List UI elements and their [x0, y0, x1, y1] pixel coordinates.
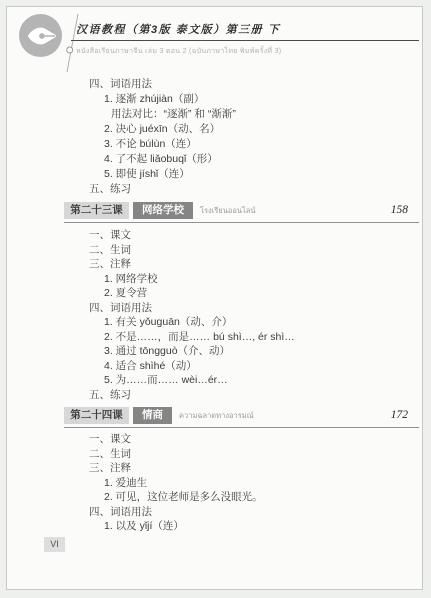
book-title: 汉语教程（第3版 泰文版）第三册 下: [76, 21, 280, 37]
toc-line: 三、注释: [7, 461, 422, 476]
toc-line: 1. 有关 yǒuguān（动、介）: [7, 315, 422, 330]
toc-line: 一、课文: [7, 228, 422, 243]
toc-line: 5. 即使 jíshǐ（连）: [7, 167, 422, 182]
lesson-23-header: 第二十三课 网络学校 โรงเรียนออนไลน์ 158: [64, 202, 419, 223]
book-page: 汉语教程（第3版 泰文版）第三册 下 หนังสือเรียนภาษาจีน เ…: [6, 6, 423, 590]
toc-line: 三、注释: [7, 257, 422, 272]
lesson-23-toc: 一、课文二、生词三、注释1. 网络学校2. 夏令营四、词语用法1. 有关 yǒu…: [7, 228, 422, 402]
publisher-logo: [19, 14, 62, 57]
toc-line: 2. 夏令营: [7, 286, 422, 301]
lesson-title-thai: โรงเรียนออนไลน์: [200, 202, 255, 220]
lesson-title-thai: ความฉลาดทางอารมณ์: [179, 407, 254, 425]
toc-line: 1. 逐渐 zhújiàn（副）: [7, 92, 422, 107]
folio-page-number: VI: [44, 537, 65, 552]
toc-line: 3. 不论 búlùn（连）: [7, 137, 422, 152]
toc-line: 五、练习: [7, 182, 422, 197]
toc-line: 二、生词: [7, 447, 422, 462]
toc-line: 2. 决心 juéxīn（动、名）: [7, 122, 422, 137]
lesson-24-toc: 一、课文二、生词三、注释1. 爱迪生2. 可见，这位老师是多么没眼光。四、词语用…: [7, 432, 422, 534]
toc-line: 1. 以及 yǐjí（连）: [7, 519, 422, 534]
header-rule: [71, 40, 419, 41]
toc-line: 1. 爱迪生: [7, 476, 422, 491]
toc-intro-section: 四、词语用法1. 逐渐 zhújiàn（副）用法对比：“逐渐” 和 “渐渐”2.…: [7, 77, 422, 197]
lesson-number-badge: 第二十三课: [64, 202, 129, 219]
toc-line: 4. 适合 shìhé（动）: [7, 359, 422, 374]
lesson-title-badge: 情商: [133, 407, 172, 424]
toc-line: 用法对比：“逐渐” 和 “渐渐”: [7, 107, 422, 122]
toc-line: 四、词语用法: [7, 77, 422, 92]
lesson-number-badge: 第二十四课: [64, 407, 129, 424]
lesson-page-number: 158: [391, 202, 408, 218]
lesson-title-badge: 网络学校: [133, 202, 193, 219]
toc-line: 3. 通过 tōngguò（介、动）: [7, 344, 422, 359]
header-divider-line: [57, 8, 87, 78]
lesson-24-header: 第二十四课 情商 ความฉลาดทางอารมณ์ 172: [64, 407, 419, 428]
book-subtitle-thai: หนังสือเรียนภาษาจีน เล่ม 3 ตอน 2 (ฉบับภา…: [76, 46, 281, 57]
toc-line: 4. 了不起 liǎobuqǐ（形）: [7, 152, 422, 167]
toc-line: 五、练习: [7, 388, 422, 403]
toc-line: 二、生词: [7, 243, 422, 258]
toc-line: 四、词语用法: [7, 301, 422, 316]
toc-line: 1. 网络学校: [7, 272, 422, 287]
lesson-page-number: 172: [391, 407, 408, 423]
toc-line: 四、词语用法: [7, 505, 422, 520]
toc-line: 一、课文: [7, 432, 422, 447]
toc-line: 5. 为……而…… wèi…ér…: [7, 373, 422, 388]
pen-nib-icon: [24, 19, 58, 53]
toc-line: 2. 可见，这位老师是多么没眼光。: [7, 490, 422, 505]
toc-line: 2. 不是……，而是…… bú shì…, ér shì…: [7, 330, 422, 345]
